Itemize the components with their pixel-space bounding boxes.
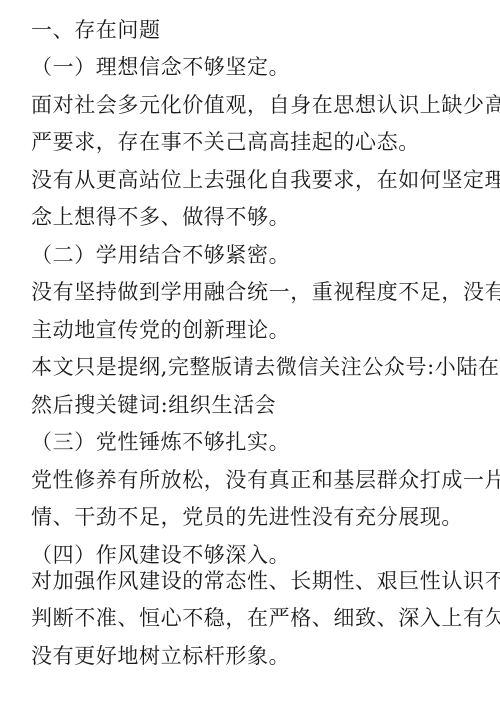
paragraph-line: 念上想得不多、做得不够。 [31,204,290,230]
subheading-1: （一）理想信念不够坚定。 [31,54,290,80]
section-heading: 一、存在问题 [31,17,161,43]
paragraph-line: 严要求，存在事不关己高高挂起的心态。 [31,129,420,155]
paragraph-line: 情、干劲不足，党员的先进性没有充分展现。 [31,504,463,530]
paragraph-line: 没有从更高站位上去强化自我要求，在如何坚定理想信 [31,167,500,193]
paragraph-line: 党性修养有所放松，没有真正和基层群众打成一片，热 [31,467,500,493]
paragraph-line: 面对社会多元化价值观，自身在思想认识上缺少高标准、 [31,92,500,118]
paragraph-line: 主动地宣传党的创新理论。 [31,317,290,343]
paragraph-line: 没有坚持做到学用融合统一，重视程度不足，没有积极 [31,279,500,305]
subheading-4: （四）作风建设不够深入。 [31,542,290,568]
paragraph-line: 没有更好地树立标杆形象。 [31,643,290,669]
paragraph-line: 判断不准、恒心不稳，在严格、细致、深入上有欠缺， [31,605,500,631]
notice-line: 本文只是提纲,完整版请去微信关注公众号:小陆在赶稿, [31,354,500,380]
paragraph-line: 对加强作风建设的常态性、长期性、艰巨性认识不足、 [31,568,500,594]
document-page: 一、存在问题 （一）理想信念不够坚定。 面对社会多元化价值观，自身在思想认识上缺… [0,0,500,710]
notice-line: 然后搜关键词:组织生活会 [31,392,276,418]
subheading-3: （三）党性锤炼不够扎实。 [31,429,290,455]
subheading-2: （二）学用结合不够紧密。 [31,242,290,268]
